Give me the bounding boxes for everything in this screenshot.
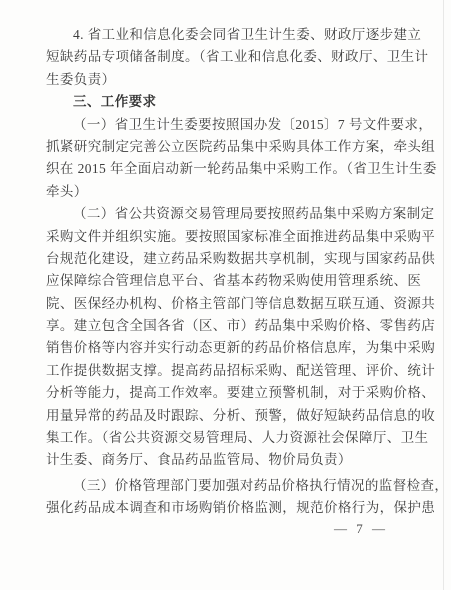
document-line: 抓紧研究制定完善公立医院药品集中采购具体工作方案，牵头组 [46,136,408,158]
document-line: 工作提供数据支撑。提高药品招标采购、配送管理、评价、统计 [46,360,408,382]
document-line: （三）价格管理部门要加强对药品价格执行情况的监督检查， [46,475,408,497]
document-line: 4. 省工业和信息化委会同省卫生计生委、财政厅逐步建立 [46,24,408,46]
page-number: — 7 — [334,521,388,537]
section-heading: 三、工作要求 [46,91,408,113]
document-line: （一）省卫生计生委要按照国办发〔2015〕7 号文件要求， [46,114,408,136]
scanned-document-page: 4. 省工业和信息化委会同省卫生计生委、财政厅逐步建立 短缺药品专项储备制度。（… [0,0,451,590]
document-line: 集工作。（省公共资源交易管理局、人力资源社会保障厅、卫生 [46,427,408,449]
document-line: 用量异常的药品及时跟踪、分析、预警，做好短缺药品信息的收 [46,405,408,427]
document-line: 销售价格等内容并实行动态更新的药品价格信息库，为集中采购 [46,337,408,359]
document-line: 生委负责） [46,69,408,91]
document-line: （二）省公共资源交易管理局要按照药品集中采购方案制定 [46,203,408,225]
document-body: 4. 省工业和信息化委会同省卫生计生委、财政厅逐步建立 短缺药品专项储备制度。（… [46,24,408,520]
document-line: 织在 2015 年全面启动新一轮药品集中采购工作。（省卫生计生委 [46,158,408,180]
scan-edge-artifact-line [443,0,444,590]
document-line: 牵头） [46,181,408,203]
document-line: 享。建立包含全国各省（区、市）药品集中采购价格、零售药店 [46,315,408,337]
document-line: 院、医保经办机构、价格主管部门等信息数据互联互通、资源共 [46,293,408,315]
document-line: 应保障综合管理信息平台、省基本药物采购使用管理系统、医 [46,270,408,292]
document-line: 计生委、商务厅、食品药品监管局、物价局负责） [46,449,408,471]
document-line: 采购文件并组织实施。要按照国家标准全面推进药品集中采购平 [46,226,408,248]
document-line: 分析等能力，提高工作效率。要建立预警机制，对于采购价格、 [46,382,408,404]
document-line: 强化药品成本调查和市场购销价格监测，规范价格行为，保护患 [46,497,408,519]
document-line: 短缺药品专项储备制度。（省工业和信息化委、财政厅、卫生计 [46,46,408,68]
document-line: 台规范化建设，建立药品采购数据共享机制，实现与国家药品供 [46,248,408,270]
